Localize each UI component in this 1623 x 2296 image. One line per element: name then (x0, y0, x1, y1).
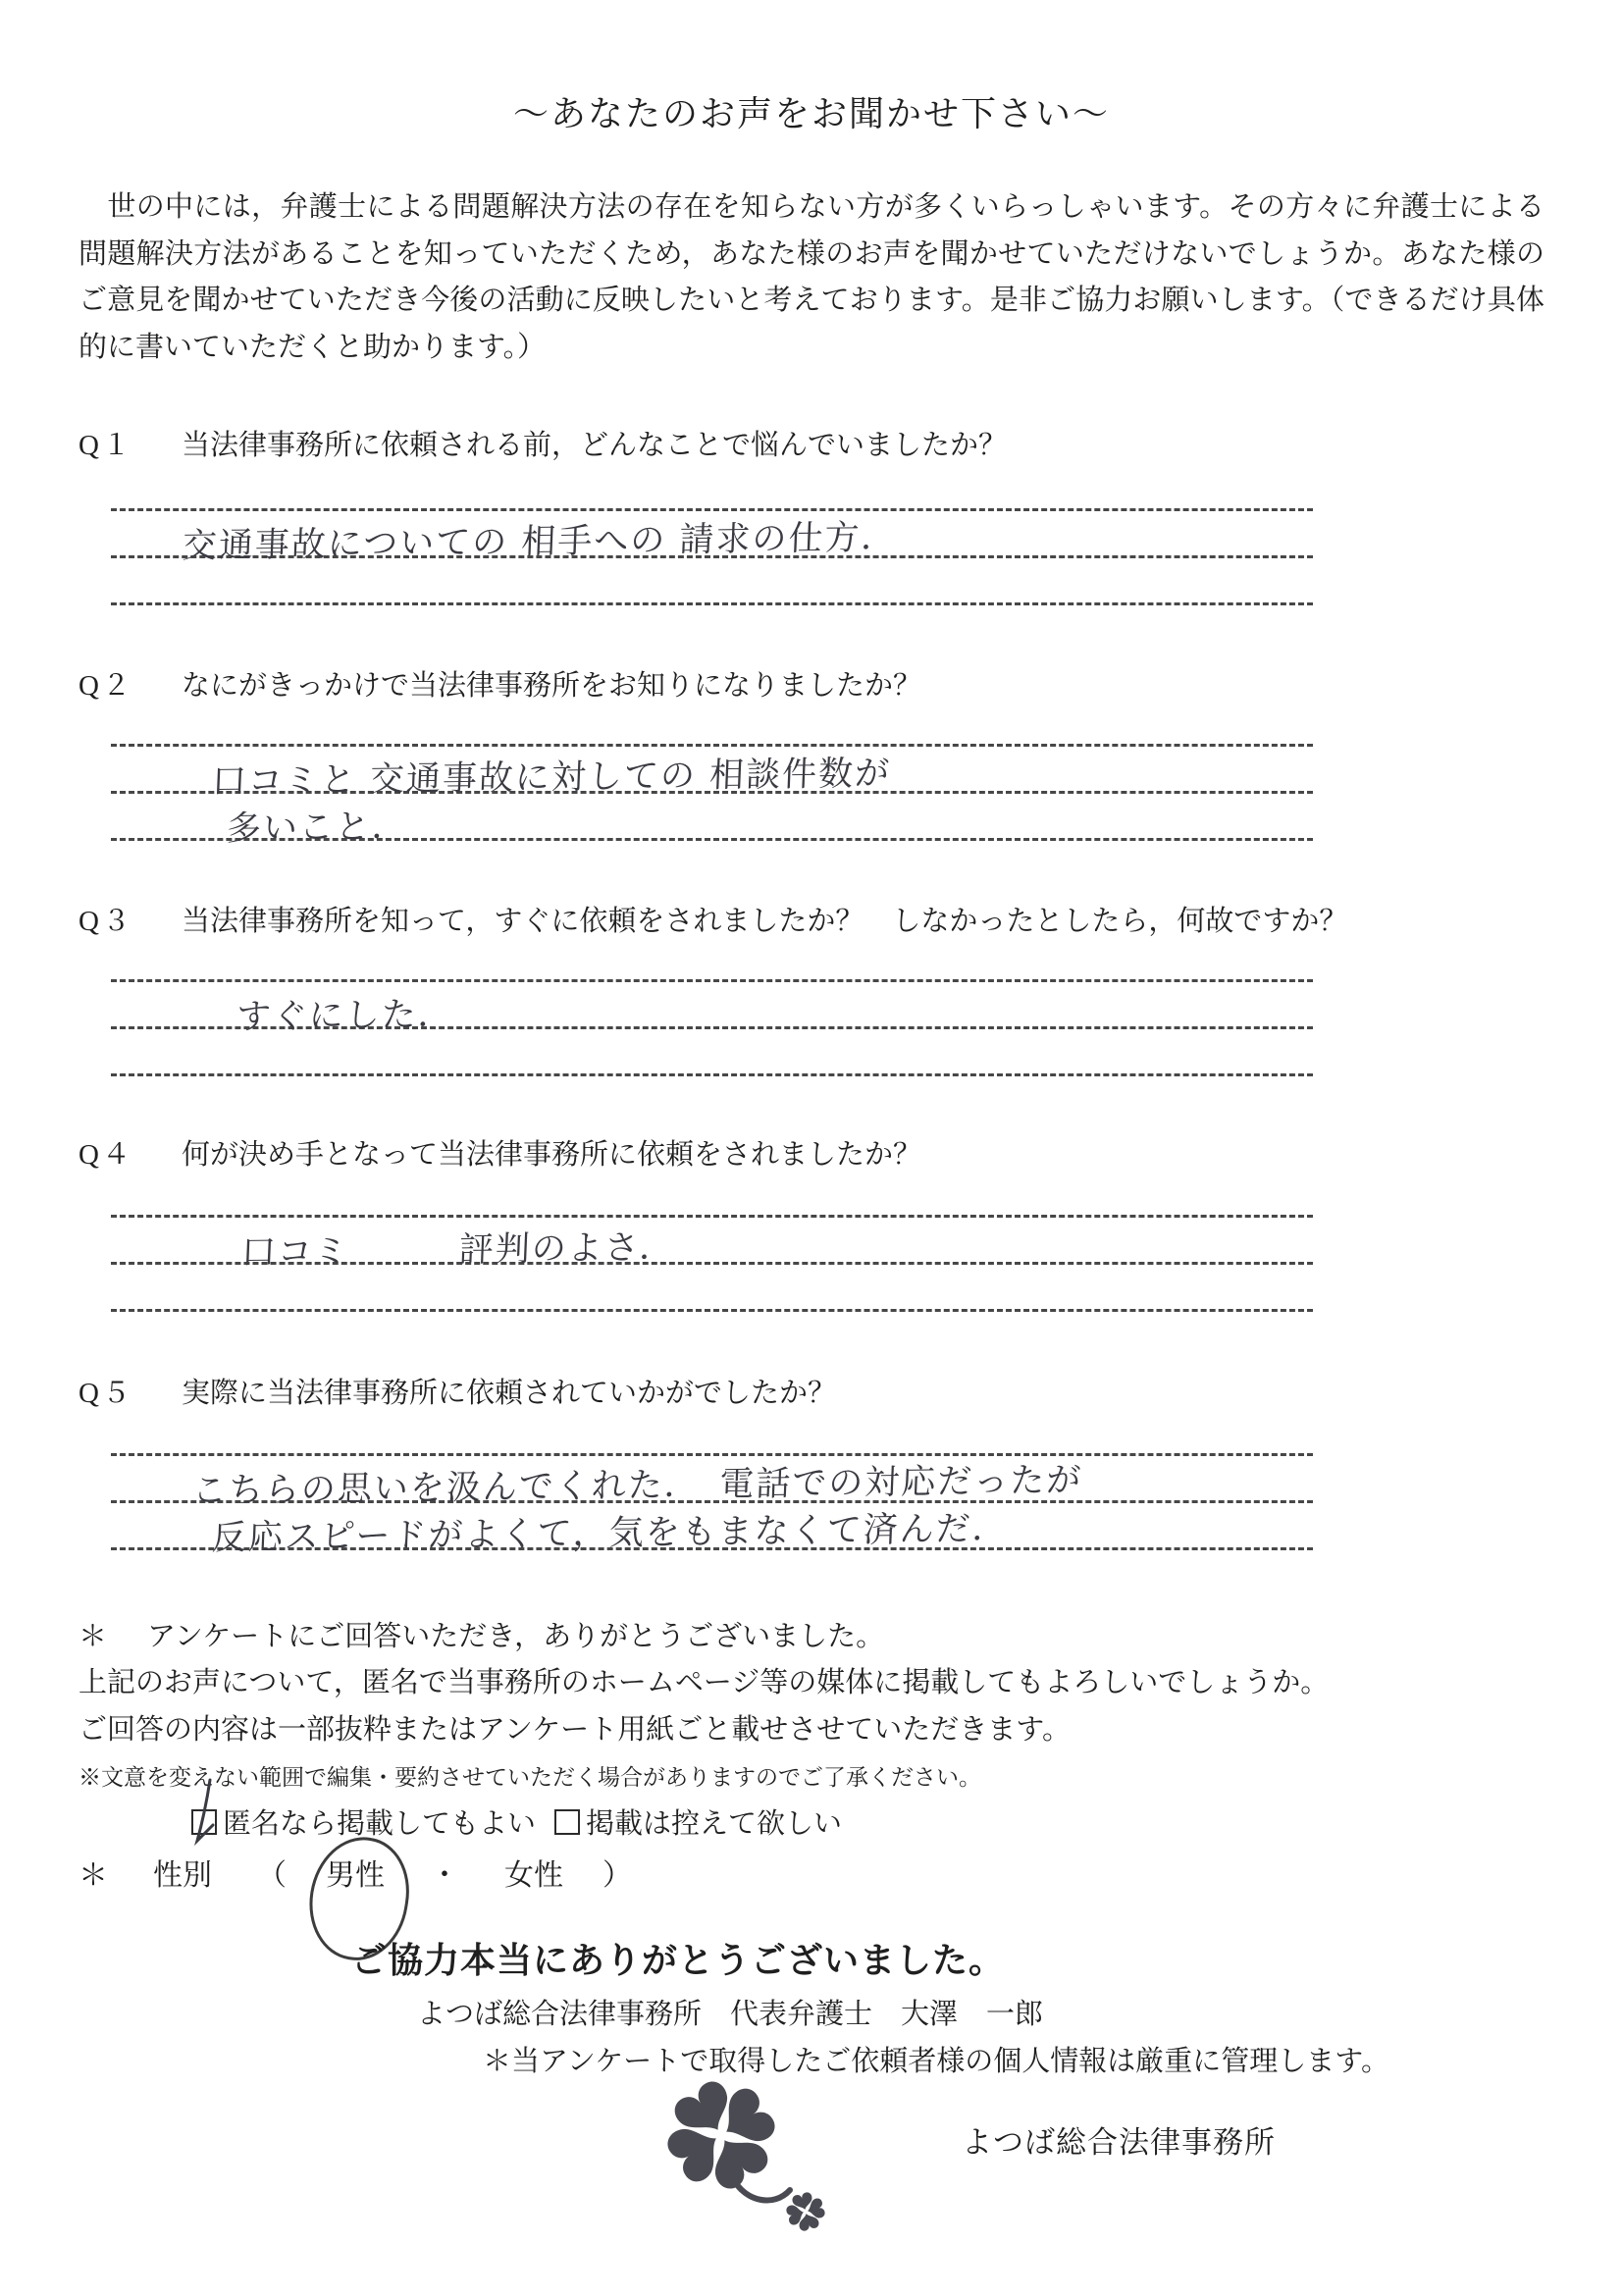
question-q5: Q５ 実際に当法律事務所に依頼されていかがでしたか？ (79, 1377, 1550, 1410)
separator-dot: ・ (430, 1851, 459, 1894)
intro-paragraph: 世の中には，弁護士による問題解決方法の存在を知らない方が多くいらっしゃいます。そ… (79, 184, 1544, 371)
question-q4: Q４ 何が決め手となって当法律事務所に依頼をされましたか？ (79, 1138, 1550, 1172)
gender-label: 性別 (153, 1851, 212, 1894)
consent-options-row: 匿名なら掲載してもよい 掲載は控えて欲しい (0, 1801, 1623, 1851)
checkbox-anonymous-ok[interactable] (191, 1809, 217, 1835)
asterisk-marker: ＊ (79, 1851, 108, 1894)
closing-thanks-text: アンケートにご回答いただき，ありがとうございました。 (147, 1614, 884, 1654)
answer-area-q5: こちらの思いを汲んでくれた． 電話での対応だったが 反応スピードがよくて，気をも… (111, 1453, 1313, 1550)
asterisk-marker: ＊ (79, 1614, 147, 1654)
handwritten-answer: 多いこと． (226, 800, 409, 851)
gender-row: ＊ 性別 （ 男性 ・ 女性 ） (79, 1851, 632, 1894)
answer-line (111, 1309, 1313, 1312)
consent-option-anonymous-ok[interactable]: 匿名なら掲載してもよい (191, 1801, 536, 1842)
question-text: 何が決め手となって当法律事務所に依頼をされましたか？ (182, 1138, 921, 1172)
answer-row: 交通事故についての 相手への 請求の仕方． (111, 511, 1313, 555)
gender-option-male[interactable]: 男性 (326, 1851, 385, 1894)
footer-privacy-note: ＊当アンケートで取得したご依頼者様の個人情報は厳重に管理します。 (483, 2039, 1389, 2079)
footer-firm-line: よつば総合法律事務所 代表弁護士 大澤 一郎 (417, 1992, 1043, 2032)
publish-detail-text: ご回答の内容は一部抜粋またはアンケート用紙ごと載せさせていただきます。 (79, 1707, 1071, 1748)
closing-thanks: ＊ アンケートにご回答いただき，ありがとうございました。 (79, 1614, 1550, 1654)
gender-female-label: 女性 (504, 1859, 563, 1892)
question-text: 当法律事務所に依頼される前，どんなことで悩んでいましたか？ (182, 429, 1007, 462)
question-label: Q２ (79, 669, 182, 703)
gender-option-female[interactable]: 女性 (504, 1851, 563, 1894)
question-text: 実際に当法律事務所に依頼されていかがでしたか？ (182, 1377, 836, 1410)
question-label: Q１ (79, 429, 182, 462)
answer-area-q2: 口コミと 交通事故に対しての 相談件数が 多いこと． (111, 744, 1313, 841)
checkbox-no-publish[interactable] (554, 1809, 580, 1835)
paren-open: （ (257, 1851, 287, 1894)
answer-row: こちらの思いを汲んでくれた． 電話での対応だったが (111, 1456, 1313, 1500)
question-label: Q５ (79, 1377, 182, 1410)
consent-yes-label: 匿名なら掲載してもよい (223, 1801, 536, 1842)
answer-line (111, 602, 1313, 605)
answer-area-q4: 口コミ 評判のよさ． (111, 1215, 1313, 1312)
question-text: 当法律事務所を知って，すぐに依頼をされましたか？ しなかったとしたら，何故ですか… (182, 905, 1347, 938)
handwritten-answer: 反応スピードがよくて，気をもまなくて済んだ． (211, 1501, 1010, 1560)
publish-detail-line: ご回答の内容は一部抜粋またはアンケート用紙ごと載せさせていただきます。 (79, 1707, 1550, 1748)
footer-big-thanks: ご協力本当にありがとうございました。 (351, 1933, 1005, 1983)
firm-logo-text: よつば総合法律事務所 (962, 2117, 1276, 2162)
gender-male-label: 男性 (326, 1859, 385, 1892)
answer-row (111, 558, 1313, 602)
consent-option-no-publish[interactable]: 掲載は控えて欲しい (554, 1801, 842, 1842)
clover-icon (651, 2078, 886, 2265)
page-title: ～あなたのお声をお聞かせ下さい～ (0, 86, 1623, 136)
question-q1: Q１ 当法律事務所に依頼される前，どんなことで悩んでいましたか？ (79, 429, 1550, 462)
question-q2: Q２ なにがきっかけで当法律事務所をお知りになりましたか？ (79, 669, 1550, 703)
answer-row (111, 1265, 1313, 1309)
answer-row (111, 1029, 1313, 1073)
publish-request-text: 上記のお声について，匿名で当事務所のホームページ等の媒体に掲載してもよろしいでし… (79, 1660, 1329, 1700)
answer-row: 口コミと 交通事故に対しての 相談件数が (111, 747, 1313, 791)
answer-area-q3: すぐにした． (111, 979, 1313, 1076)
answer-row: すぐにした． (111, 982, 1313, 1026)
answer-area-q1: 交通事故についての 相手への 請求の仕方． (111, 508, 1313, 605)
question-q3: Q３ 当法律事務所を知って，すぐに依頼をされましたか？ しなかったとしたら，何故… (79, 905, 1550, 938)
paren-close: ） (602, 1851, 632, 1894)
publish-request-line: 上記のお声について，匿名で当事務所のホームページ等の媒体に掲載してもよろしいでし… (79, 1660, 1550, 1700)
question-label: Q３ (79, 905, 182, 938)
consent-no-label: 掲載は控えて欲しい (586, 1801, 842, 1842)
answer-line (111, 1073, 1313, 1076)
questionnaire-page: ～あなたのお声をお聞かせ下さい～ 世の中には，弁護士による問題解決方法の存在を知… (0, 0, 1623, 2296)
answer-row: 反応スピードがよくて，気をもまなくて済んだ． (111, 1503, 1313, 1547)
answer-row: 口コミ 評判のよさ． (111, 1218, 1313, 1262)
answer-row: 多いこと． (111, 794, 1313, 838)
question-text: なにがきっかけで当法律事務所をお知りになりましたか？ (182, 669, 921, 703)
question-label: Q４ (79, 1138, 182, 1172)
